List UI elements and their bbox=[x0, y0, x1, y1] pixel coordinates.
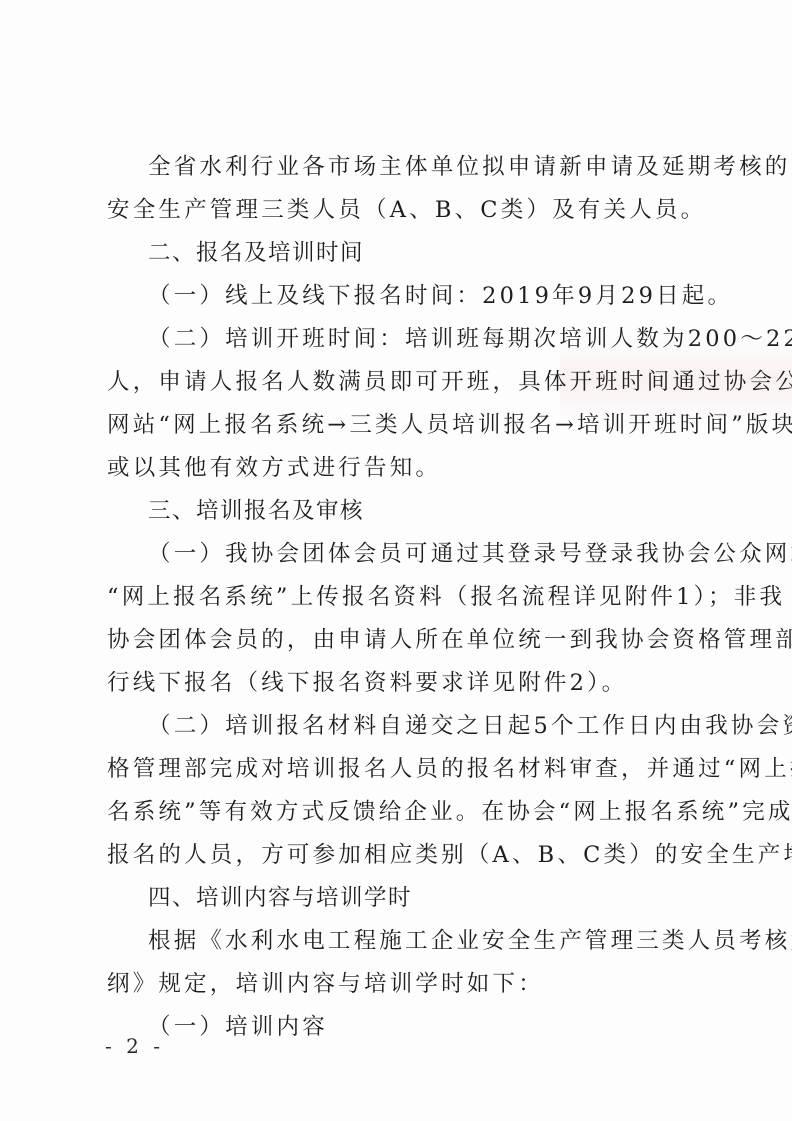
paragraph-line: 全省水利行业各市场主体单位拟申请新申请及延期考核的 bbox=[148, 152, 738, 182]
paragraph-line: 纲》规定，培训内容与培训学时如下： bbox=[107, 969, 697, 999]
paragraph-line: 协会团体会员的，由申请人所在单位统一到我协会资格管理部进 bbox=[107, 625, 697, 655]
document-page: 全省水利行业各市场主体单位拟申请新申请及延期考核的 安全生产管理三类人员（A、B… bbox=[0, 0, 792, 1121]
paragraph-line: （二）培训报名材料自递交之日起5个工作日内由我协会资 bbox=[148, 711, 738, 741]
subsection-heading: （一）培训内容 bbox=[148, 1012, 738, 1042]
paragraph-line: “网上报名系统”上传报名资料（报名流程详见附件1）；非我 bbox=[107, 582, 697, 612]
paragraph-line: 行线下报名（线下报名资料要求详见附件2）。 bbox=[107, 668, 697, 698]
paragraph-line: （一）线上及线下报名时间：2019年9月29日起。 bbox=[148, 281, 738, 311]
paragraph-line: 名系统”等有效方式反馈给企业。在协会“网上报名系统”完成 bbox=[107, 797, 697, 827]
paragraph-line: （一）我协会团体会员可通过其登录号登录我协会公众网站 bbox=[148, 539, 738, 569]
paragraph-line: 格管理部完成对培训报名人员的报名材料审查，并通过“网上报 bbox=[107, 754, 697, 784]
section-heading-3: 三、培训报名及审核 bbox=[148, 496, 738, 526]
paragraph-line: 安全生产管理三类人员（A、B、C类）及有关人员。 bbox=[107, 195, 697, 225]
section-heading-2: 二、报名及培训时间 bbox=[148, 238, 738, 268]
paragraph-line: （二）培训开班时间：培训班每期次培训人数为200～220 bbox=[148, 324, 738, 354]
paragraph-line: 报名的人员，方可参加相应类别（A、B、C类）的安全生产培训。 bbox=[107, 840, 697, 870]
paragraph-line: 根据《水利水电工程施工企业安全生产管理三类人员考核大 bbox=[148, 926, 738, 956]
paragraph-line: 或以其他有效方式进行告知。 bbox=[107, 453, 697, 483]
page-number: - 2 - bbox=[105, 1034, 164, 1058]
section-heading-4: 四、培训内容与培训学时 bbox=[148, 883, 738, 913]
paragraph-line: 网站“网上报名系统→三类人员培训报名→培训开班时间”版块 bbox=[107, 410, 697, 440]
paragraph-line: 人，申请人报名人数满员即可开班，具体开班时间通过协会公众 bbox=[107, 367, 697, 397]
